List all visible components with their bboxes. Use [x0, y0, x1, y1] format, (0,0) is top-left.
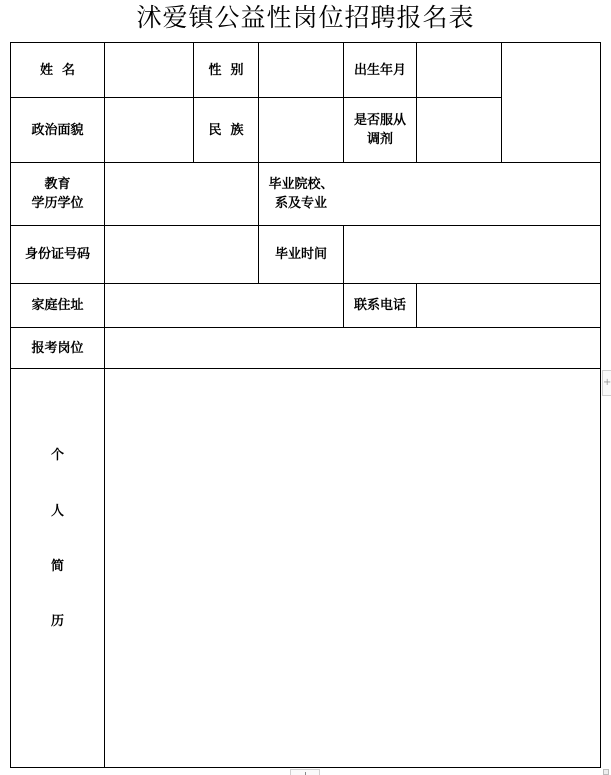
political-field[interactable] [105, 98, 193, 162]
label-school-line1: 毕业院校、 [268, 175, 333, 194]
gender-field[interactable] [259, 43, 343, 97]
label-resume-char: 简 [51, 557, 64, 576]
label-obey-adjust-text: 是否服从调剂 [350, 111, 410, 149]
label-gender-text: 性 别 [208, 61, 243, 80]
form-title: 沭爱镇公益性岗位招聘报名表 [0, 2, 611, 34]
photo-field[interactable] [502, 43, 600, 162]
label-school-line2: 系及专业 [275, 194, 327, 213]
label-birth-text: 出生年月 [354, 61, 406, 80]
label-birth: 出生年月 [344, 43, 416, 97]
ethnicity-field[interactable] [259, 98, 343, 162]
label-position-text: 报考岗位 [31, 339, 83, 358]
label-address: 家庭住址 [11, 284, 104, 327]
label-resume-char: 历 [51, 612, 64, 631]
label-phone-text: 联系电话 [354, 296, 406, 315]
label-gender: 性 别 [194, 43, 258, 97]
label-ethnicity: 民 族 [194, 98, 258, 162]
label-phone: 联系电话 [344, 284, 416, 327]
label-grad-time: 毕业时间 [259, 226, 343, 283]
label-name-text: 姓 名 [40, 61, 75, 80]
table-resize-handle[interactable] [603, 769, 609, 775]
label-grad-time-text: 毕业时间 [275, 245, 327, 264]
label-school: 毕业院校、 系及专业 [259, 163, 343, 225]
label-education-line2: 学历学位 [31, 194, 83, 213]
education-field[interactable] [105, 163, 258, 225]
obey-adjust-field[interactable] [417, 98, 501, 162]
add-row-button[interactable]: + [602, 370, 611, 396]
label-ethnicity-text: 民 族 [208, 121, 243, 140]
table-bottom-handle[interactable] [290, 769, 320, 775]
label-resume: 个 人 简 历 [11, 369, 104, 767]
id-number-field[interactable] [105, 226, 258, 283]
label-id-number: 身份证号码 [11, 226, 104, 283]
label-position: 报考岗位 [11, 328, 104, 368]
grad-time-field[interactable] [344, 226, 600, 283]
label-political-text: 政治面貌 [31, 121, 83, 140]
label-education-line1: 教育 [44, 175, 70, 194]
plus-icon: + [603, 377, 611, 388]
registration-form-table: 姓 名 性 别 出生年月 政治面貌 民 族 是否服从调剂 教育 学历学位 毕业院… [10, 42, 601, 768]
birth-field[interactable] [417, 43, 501, 97]
label-address-text: 家庭住址 [31, 296, 83, 315]
address-field[interactable] [105, 284, 343, 327]
phone-field[interactable] [417, 284, 600, 327]
label-name: 姓 名 [11, 43, 104, 97]
label-id-number-text: 身份证号码 [25, 245, 90, 264]
resume-field[interactable] [105, 369, 600, 767]
label-resume-char: 人 [51, 502, 64, 521]
position-field[interactable] [105, 328, 600, 368]
label-political: 政治面貌 [11, 98, 104, 162]
label-resume-char: 个 [51, 446, 64, 465]
name-field[interactable] [105, 43, 193, 97]
school-field[interactable] [344, 163, 600, 225]
label-education: 教育 学历学位 [11, 163, 104, 225]
label-obey-adjust: 是否服从调剂 [344, 98, 416, 162]
